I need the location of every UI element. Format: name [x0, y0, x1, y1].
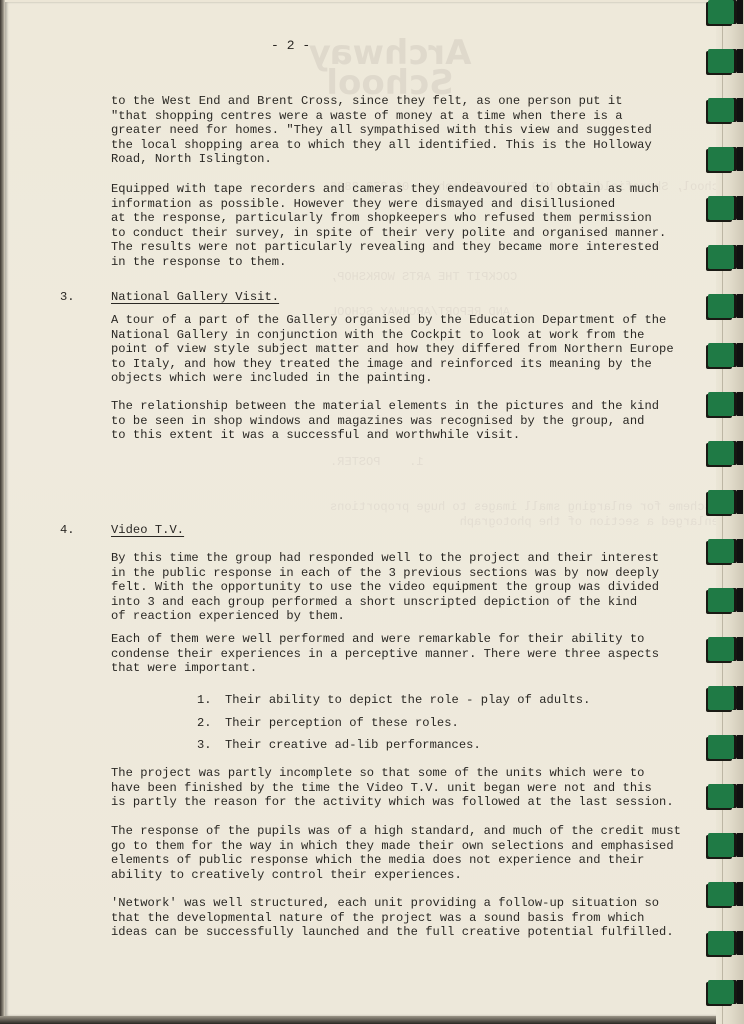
document-body: - 2 - to the West End and Brent Cross, s… [0, 0, 744, 1024]
list-item: 2.Their perception of these roles. [197, 716, 459, 730]
paragraph: Each of them were well performed and wer… [111, 632, 701, 676]
list-text: Their ability to depict the role - play … [225, 693, 590, 707]
scanned-page: Archway School Main School, Shorefield R… [0, 0, 744, 1024]
section-number: 4. [60, 523, 75, 537]
list-number: 3. [197, 738, 225, 752]
list-number: 1. [197, 693, 225, 707]
paragraph: Equipped with tape recorders and cameras… [111, 182, 701, 270]
section-title: Video T.V. [111, 523, 184, 537]
paragraph: By this time the group had responded wel… [111, 551, 701, 624]
paragraph: A tour of a part of the Gallery organise… [111, 313, 701, 386]
list-text: Their perception of these roles. [225, 716, 459, 730]
paragraph: The response of the pupils was of a high… [111, 824, 701, 882]
paragraph: 'Network' was well structured, each unit… [111, 896, 701, 940]
list-text: Their creative ad-lib performances. [225, 738, 481, 752]
section-title: National Gallery Visit. [111, 290, 279, 304]
list-item: 3.Their creative ad-lib performances. [197, 738, 481, 752]
section-number: 3. [60, 290, 75, 304]
list-item: 1.Their ability to depict the role - pla… [197, 693, 590, 707]
list-number: 2. [197, 716, 225, 730]
paragraph: The relationship between the material el… [111, 399, 701, 443]
page-number: - 2 - [271, 38, 310, 53]
paragraph: The project was partly incomplete so tha… [111, 766, 701, 810]
paragraph: to the West End and Brent Cross, since t… [111, 94, 701, 167]
